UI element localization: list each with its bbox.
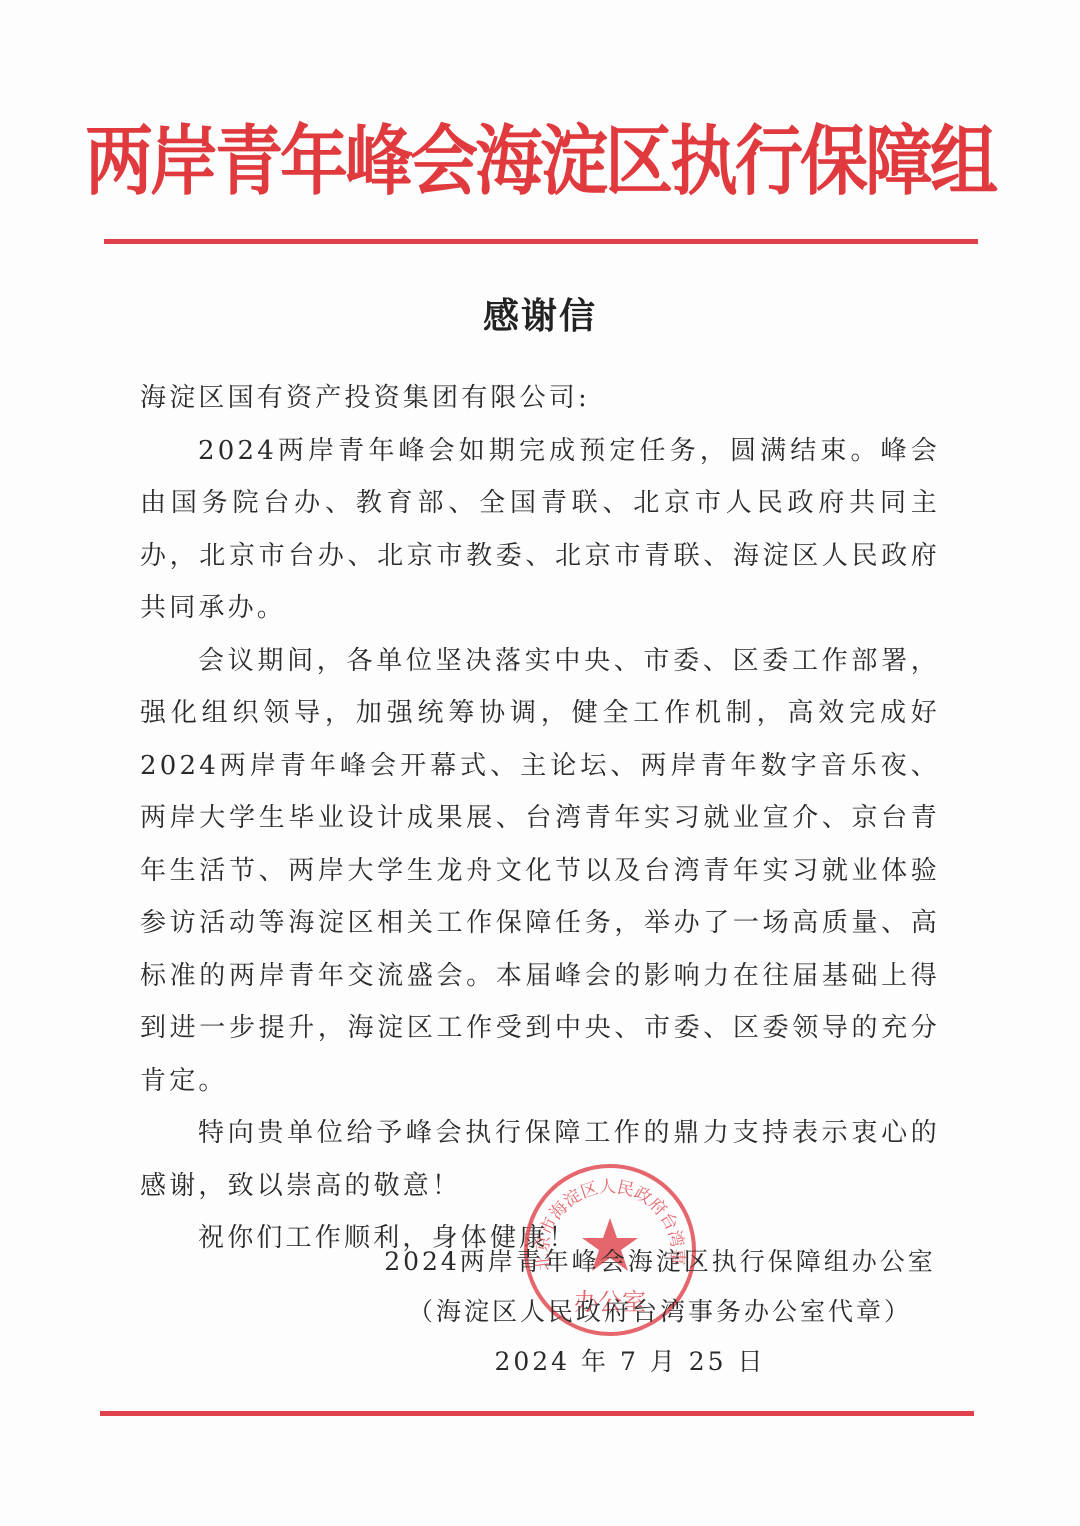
salutation: 海淀区国有资产投资集团有限公司: — [140, 372, 940, 425]
paragraph: 2024两岸青年峰会如期完成预定任务，圆满结束。峰会由国务院台办、教育部、全国青… — [140, 425, 940, 635]
letterhead-divider — [104, 239, 978, 244]
seal-note: （海淀区人民政府台湾事务办公室代章） — [380, 1287, 940, 1337]
letterhead-title: 两岸青年峰会海淀区执行保障组 — [0, 113, 1080, 214]
letter-date: 2024 年 7 月 25 日 — [380, 1337, 940, 1387]
signature-block: 2024两岸青年峰会海淀区执行保障组办公室 （海淀区人民政府台湾事务办公室代章）… — [380, 1237, 940, 1387]
letter-title: 感谢信 — [0, 288, 1080, 339]
paragraph: 会议期间，各单位坚决落实中央、市委、区委工作部署，强化组织领导，加强统筹协调，健… — [140, 635, 940, 1108]
footer-divider — [100, 1411, 974, 1416]
sender-name: 2024两岸青年峰会海淀区执行保障组办公室 — [380, 1237, 940, 1287]
letter-body: 海淀区国有资产投资集团有限公司: 2024两岸青年峰会如期完成预定任务，圆满结束… — [140, 372, 940, 1265]
